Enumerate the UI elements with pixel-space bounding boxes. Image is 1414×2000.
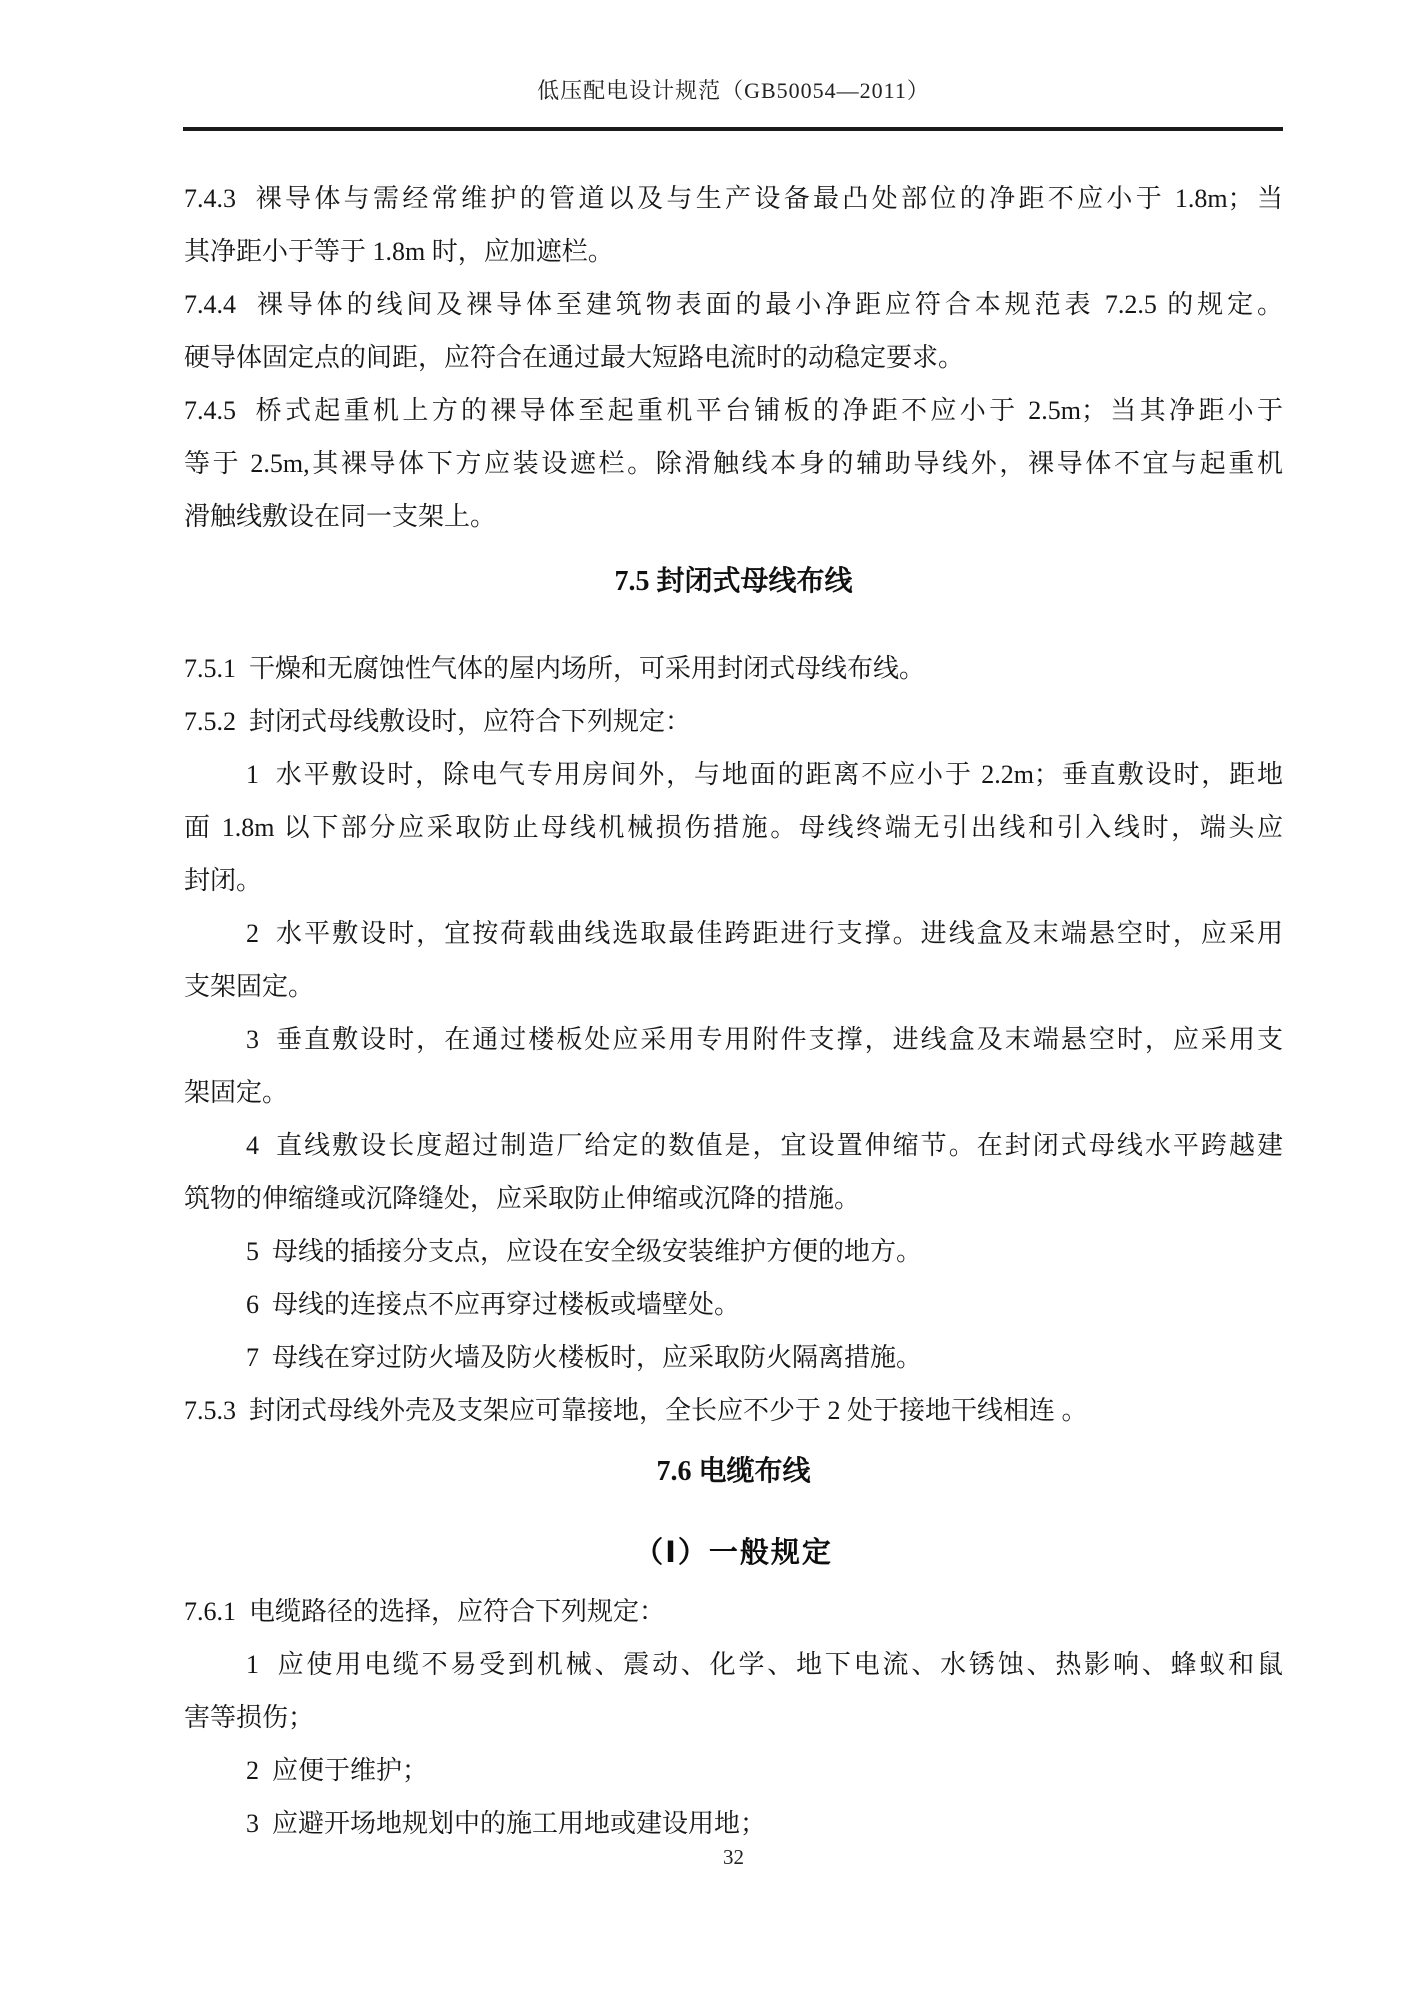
paragraph-line: 7.4.3 裸导体与需经常维护的管道以及与生产设备最凸处部位的净距不应小于 1.… — [184, 172, 1283, 225]
paragraph-line: 架固定。 — [184, 1066, 1283, 1119]
document-body: 7.4.3 裸导体与需经常维护的管道以及与生产设备最凸处部位的净距不应小于 1.… — [184, 172, 1283, 1850]
subsection-heading: （Ⅰ）一般规定 — [184, 1527, 1283, 1580]
paragraph-line: 害等损伤； — [184, 1691, 1283, 1744]
section-heading: 7.5 封闭式母线布线 — [184, 555, 1283, 608]
header-divider-rule — [183, 127, 1283, 131]
paragraph-line: 硬导体固定点的间距，应符合在通过最大短路电流时的动稳定要求。 — [184, 331, 1283, 384]
paragraph-line: 7.5.2 封闭式母线敷设时，应符合下列规定： — [184, 695, 1283, 748]
list-item-line: 4 直线敷设长度超过制造厂给定的数值是，宜设置伸缩节。在封闭式母线水平跨越建 — [184, 1119, 1283, 1172]
list-item-line: 1 应使用电缆不易受到机械、震动、化学、地下电流、水锈蚀、热影响、蜂蚁和鼠 — [184, 1638, 1283, 1691]
paragraph-line: 7.5.3 封闭式母线外壳及支架应可靠接地，全长应不少于 2 处于接地干线相连 … — [184, 1384, 1283, 1437]
paragraph-line: 7.5.1 干燥和无腐蚀性气体的屋内场所，可采用封闭式母线布线。 — [184, 642, 1283, 695]
paragraph-line: 7.4.5 桥式起重机上方的裸导体至起重机平台铺板的净距不应小于 2.5m；当其… — [184, 384, 1283, 437]
paragraph-line: 面 1.8m 以下部分应采取防止母线机械损伤措施。母线终端无引出线和引入线时，端… — [184, 801, 1283, 854]
list-item-line: 1 水平敷设时，除电气专用房间外，与地面的距离不应小于 2.2m；垂直敷设时，距… — [184, 748, 1283, 801]
list-item-line: 3 垂直敷设时，在通过楼板处应采用专用附件支撑，进线盒及末端悬空时，应采用支 — [184, 1013, 1283, 1066]
section-heading: 7.6 电缆布线 — [184, 1445, 1283, 1498]
paragraph-line: 支架固定。 — [184, 960, 1283, 1013]
paragraph-line: 7.4.4 裸导体的线间及裸导体至建筑物表面的最小净距应符合本规范表 7.2.5… — [184, 278, 1283, 331]
list-item-line: 5 母线的插接分支点，应设在安全级安装维护方便的地方。 — [184, 1225, 1283, 1278]
document-page: 低压配电设计规范（GB50054—2011） 7.4.3 裸导体与需经常维护的管… — [0, 0, 1414, 2000]
paragraph-line: 7.6.1 电缆路径的选择，应符合下列规定： — [184, 1585, 1283, 1638]
paragraph-line: 滑触线敷设在同一支架上。 — [184, 490, 1283, 543]
running-header-title: 低压配电设计规范（GB50054—2011） — [184, 74, 1283, 105]
list-item-line: 2 应便于维护； — [184, 1744, 1283, 1797]
paragraph-line: 筑物的伸缩缝或沉降缝处，应采取防止伸缩或沉降的措施。 — [184, 1172, 1283, 1225]
page-number: 32 — [184, 1845, 1283, 1870]
paragraph-line: 等于 2.5m,其裸导体下方应装设遮栏。除滑触线本身的辅助导线外，裸导体不宜与起… — [184, 437, 1283, 490]
paragraph-line: 其净距小于等于 1.8m 时，应加遮栏。 — [184, 225, 1283, 278]
paragraph-line: 封闭。 — [184, 854, 1283, 907]
list-item-line: 7 母线在穿过防火墙及防火楼板时，应采取防火隔离措施。 — [184, 1331, 1283, 1384]
list-item-line: 6 母线的连接点不应再穿过楼板或墙壁处。 — [184, 1278, 1283, 1331]
list-item-line: 3 应避开场地规划中的施工用地或建设用地； — [184, 1797, 1283, 1850]
list-item-line: 2 水平敷设时，宜按荷载曲线选取最佳跨距进行支撑。进线盒及末端悬空时，应采用 — [184, 907, 1283, 960]
